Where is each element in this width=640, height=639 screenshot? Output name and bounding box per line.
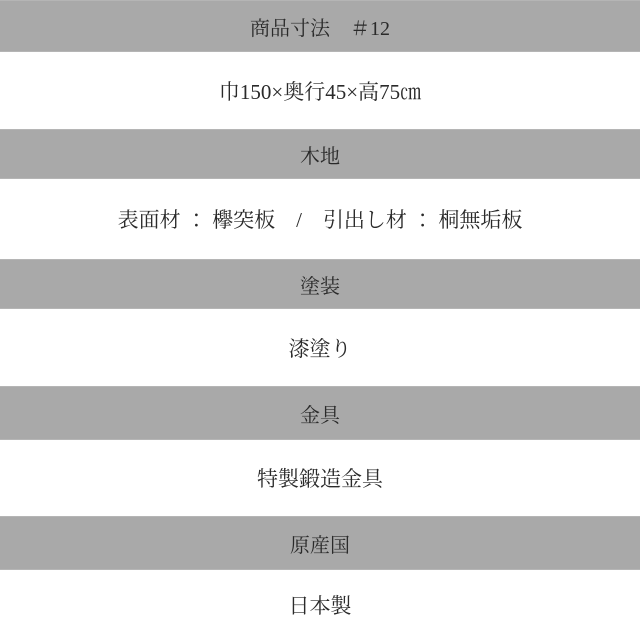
spec-value-wood-text: 表面材 ： 欅突板 / 引出し材 ： 桐無垢板 (118, 204, 523, 234)
spec-value-origin-text: 日本製 (289, 590, 352, 620)
spec-header-origin: 原産国 (0, 516, 640, 570)
spec-value-hardware-text: 特製鍛造金具 (257, 463, 383, 493)
spec-header-origin-label: 原産国 (290, 529, 350, 558)
spec-value-finish: 漆塗り (0, 309, 640, 386)
spec-value-origin: 日本製 (0, 570, 640, 639)
spec-value-dimensions: 巾150×奥行45×高75㎝ (0, 52, 640, 129)
spec-header-hardware: 金具 (0, 386, 640, 440)
spec-value-finish-text: 漆塗り (289, 333, 352, 363)
spec-value-hardware: 特製鍛造金具 (0, 440, 640, 516)
spec-value-wood: 表面材 ： 欅突板 / 引出し材 ： 桐無垢板 (0, 179, 640, 259)
spec-value-dimensions-text: 巾150×奥行45×高75㎝ (219, 76, 421, 106)
spec-header-wood-label: 木地 (300, 140, 340, 169)
spec-header-finish: 塗装 (0, 259, 640, 309)
spec-header-wood: 木地 (0, 129, 640, 179)
product-spec-table: 商品寸法 ＃12 巾150×奥行45×高75㎝ 木地 表面材 ： 欅突板 / 引… (0, 0, 640, 639)
spec-header-finish-label: 塗装 (300, 270, 340, 299)
spec-header-dimensions-label: 商品寸法 ＃12 (250, 12, 390, 41)
product-spec-page: 商品寸法 ＃12 巾150×奥行45×高75㎝ 木地 表面材 ： 欅突板 / 引… (0, 0, 640, 639)
spec-header-hardware-label: 金具 (300, 399, 340, 428)
spec-header-dimensions: 商品寸法 ＃12 (0, 0, 640, 52)
